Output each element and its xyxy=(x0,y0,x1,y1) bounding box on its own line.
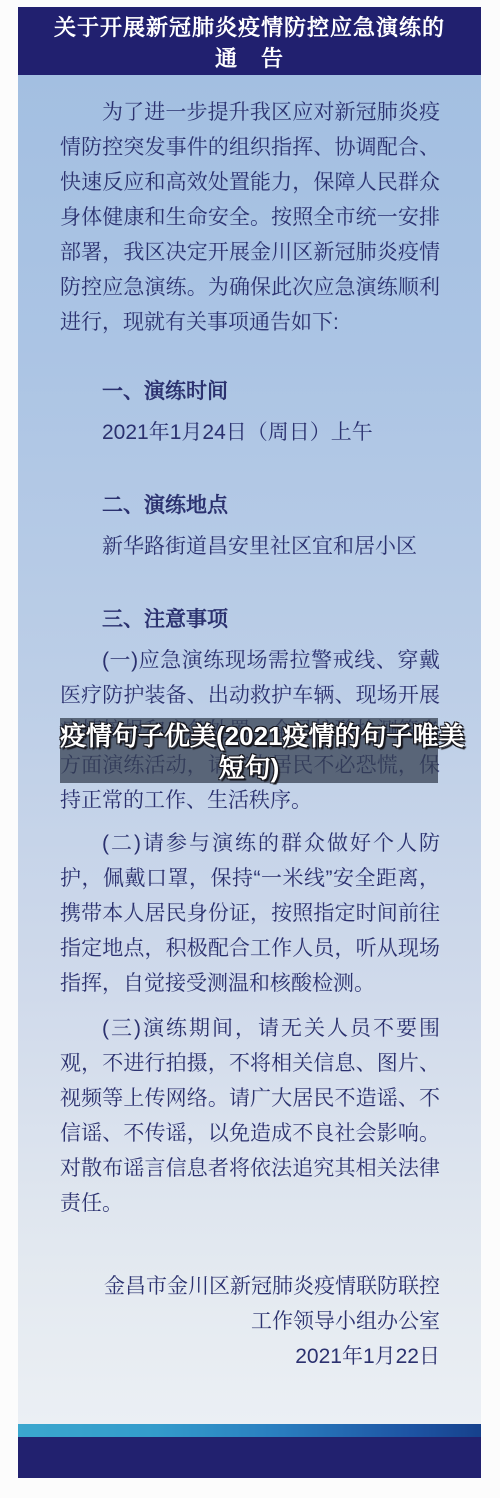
section-1-content: 2021年1月24日（周日）上午 xyxy=(60,415,440,450)
signature-org-line2: 工作领导小组办公室 xyxy=(60,1304,440,1339)
notice-intro-paragraph: 为了进一步提升我区应对新冠肺炎疫情防控突发事件的组织指挥、协调配合、快速反应和高… xyxy=(60,95,440,340)
signature-org-line1: 金昌市金川区新冠肺炎疫情联防联控 xyxy=(60,1269,440,1304)
accent-stripe xyxy=(18,1424,481,1437)
notice-title-banner: 关于开展新冠肺炎疫情防控应急演练的 通 告 xyxy=(18,7,481,75)
section-2-content: 新华路街道昌安里社区宜和居小区 xyxy=(60,529,440,564)
overlay-caption-line2: 短句) xyxy=(60,752,438,784)
overlay-caption-line1: 疫情句子优美(2021疫情的句子唯美 xyxy=(60,720,438,752)
overlay-caption: 疫情句子优美(2021疫情的句子唯美 短句) xyxy=(60,718,438,783)
section-3-item-2: (二)请参与演练的群众做好个人防护，佩戴口罩，保持“一米线”安全距离，携带本人居… xyxy=(60,826,440,1001)
page: 关于开展新冠肺炎疫情防控应急演练的 通 告 为了进一步提升我区应对新冠肺炎疫情防… xyxy=(0,0,500,1498)
section-1-heading: 一、演练时间 xyxy=(60,374,440,409)
section-3-item-3: (三)演练期间，请无关人员不要围观，不进行拍摄，不将相关信息、图片、视频等上传网… xyxy=(60,1011,440,1221)
signature-date: 2021年1月22日 xyxy=(60,1339,440,1374)
footer-navy-bar xyxy=(18,1437,481,1478)
signature-block: 金昌市金川区新冠肺炎疫情联防联控 工作领导小组办公室 2021年1月22日 xyxy=(60,1269,440,1374)
notice-title-line1: 关于开展新冠肺炎疫情防控应急演练的 xyxy=(18,12,481,43)
section-2-heading: 二、演练地点 xyxy=(60,488,440,523)
section-3-heading: 三、注意事项 xyxy=(60,602,440,637)
notice-title-line2: 通 告 xyxy=(18,43,481,74)
